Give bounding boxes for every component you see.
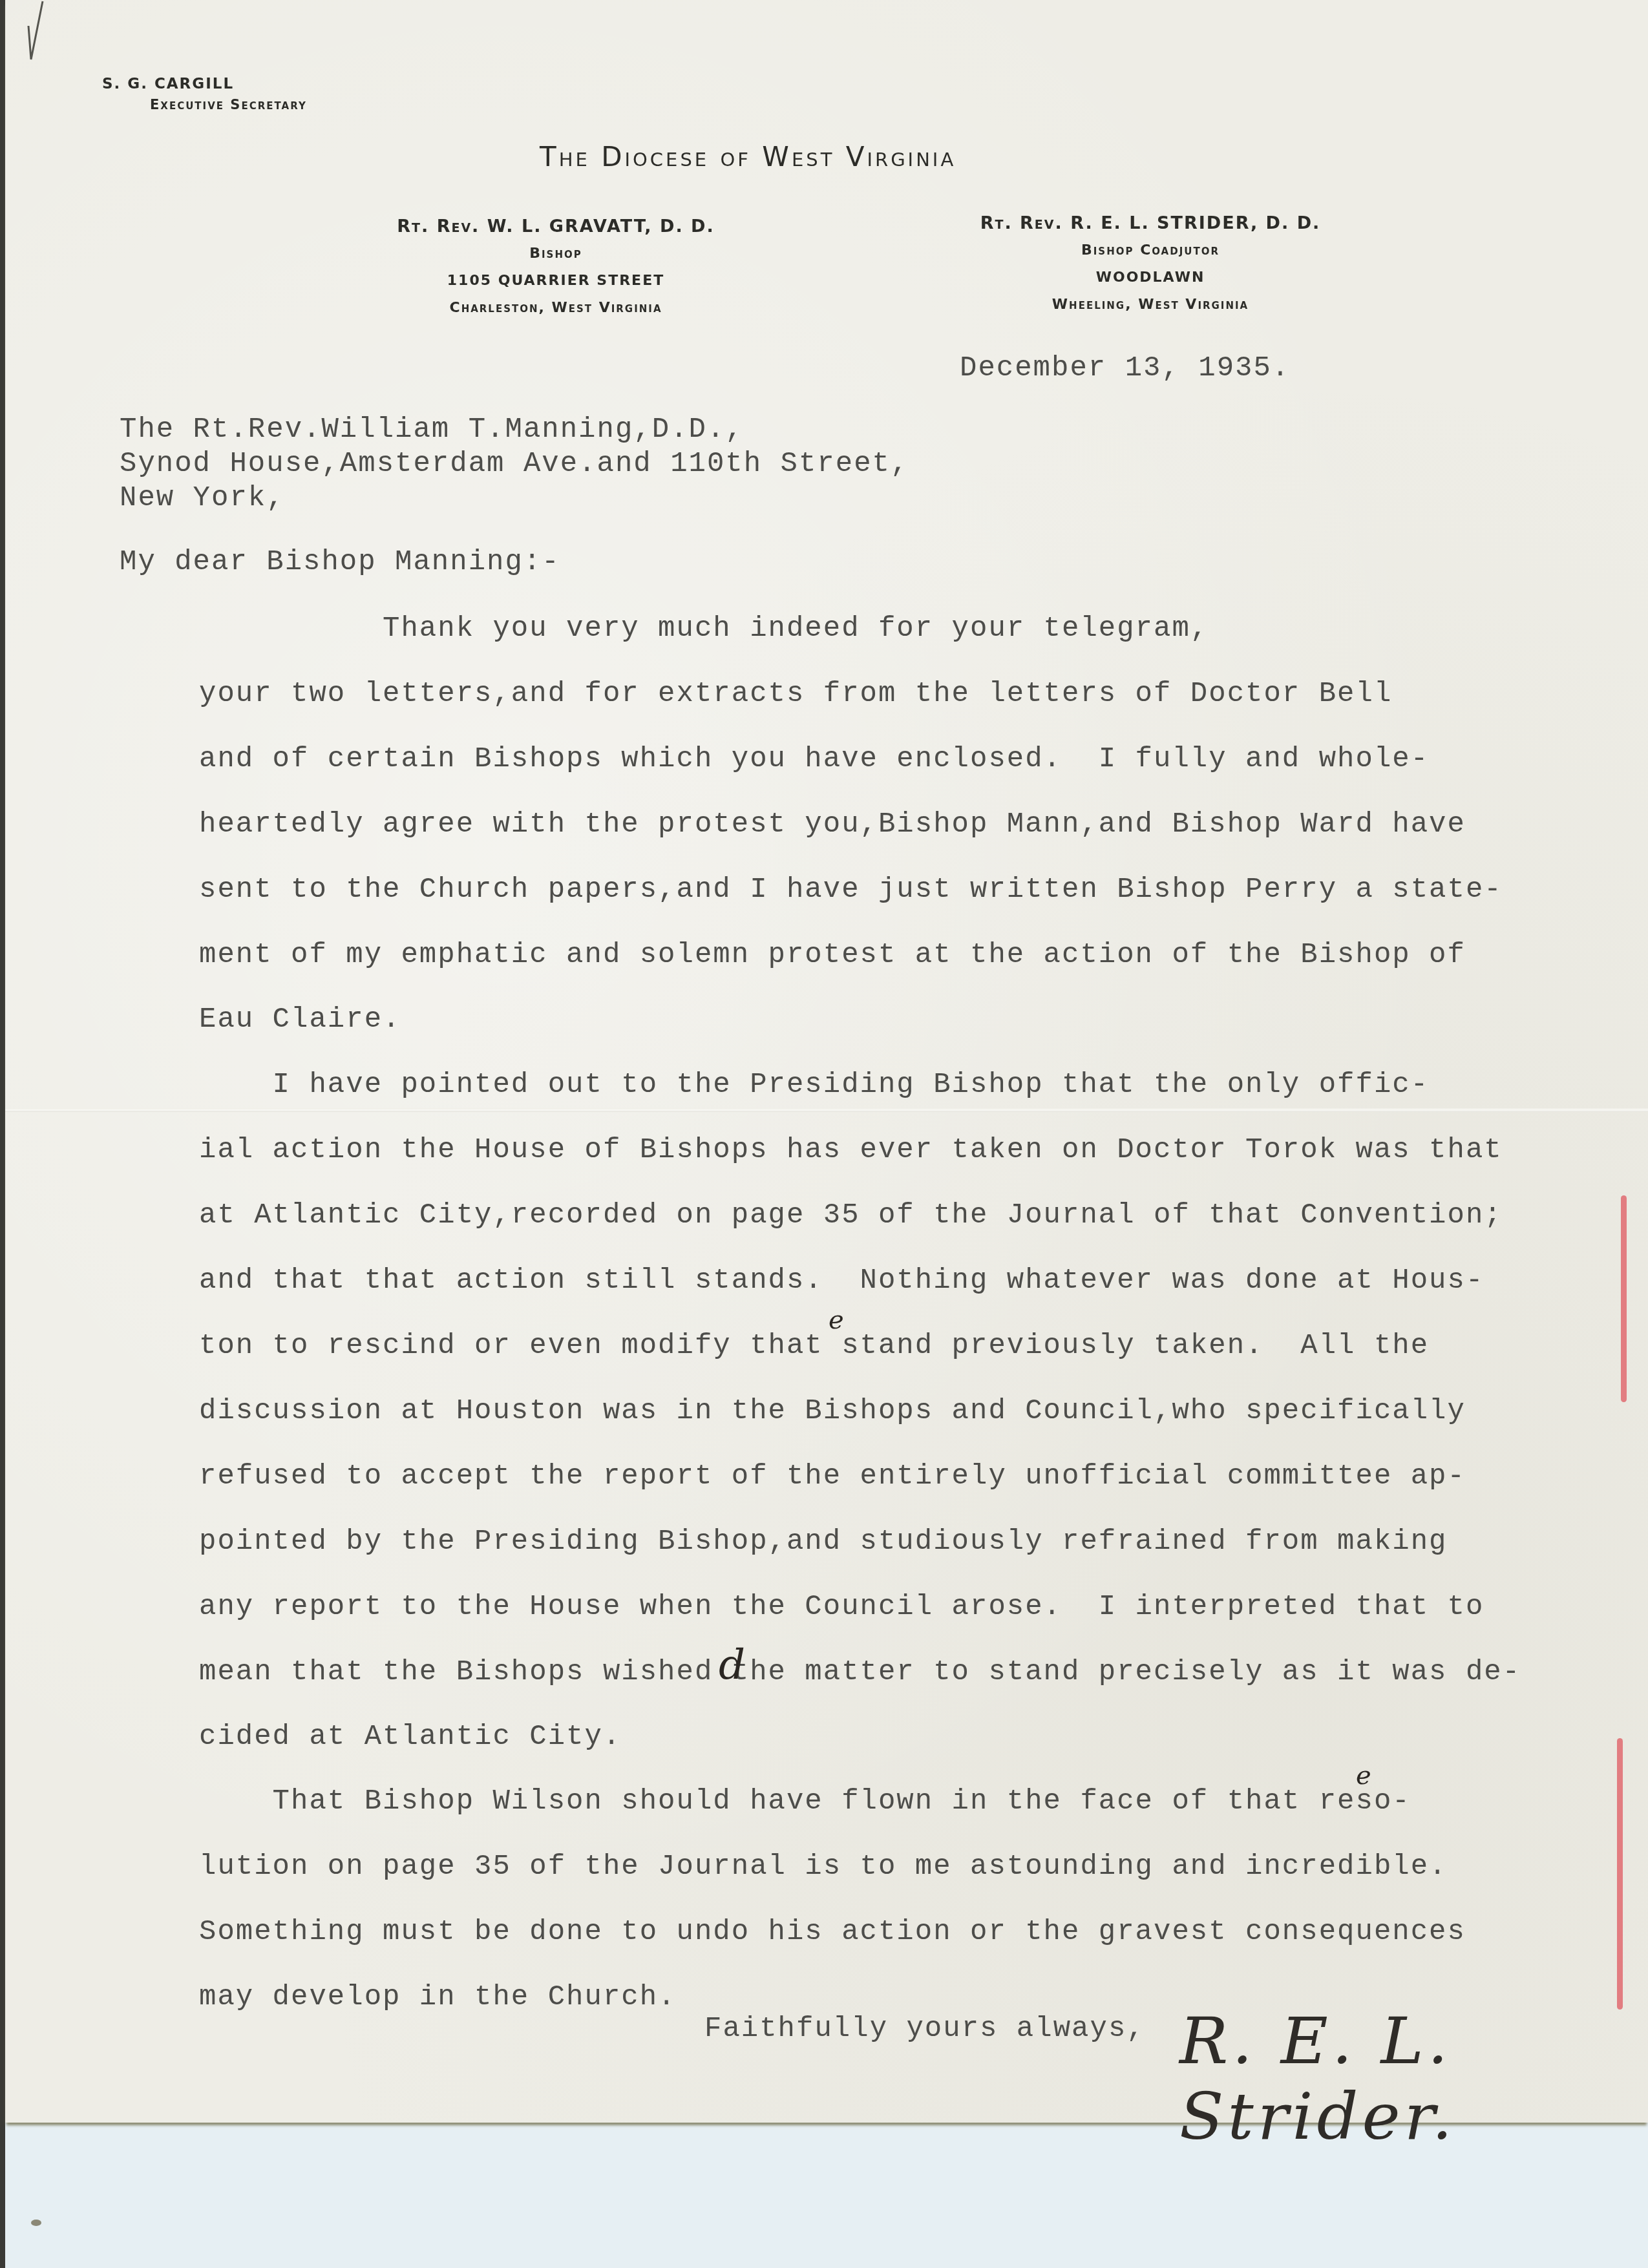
body-line: lution on page 35 of the Journal is to m… xyxy=(199,1851,1448,1883)
recipient-line: The Rt.Rev.William T.Manning,D.D., xyxy=(120,414,744,446)
scanner-debris xyxy=(31,2220,41,2226)
body-line: and of certain Bishops which you have en… xyxy=(199,743,1429,775)
coadjutor-name: Rt. Rev. R. E. L. STRIDER, D. D. xyxy=(918,210,1383,237)
body-line: Eau Claire. xyxy=(199,1003,401,1036)
body-line: pointed by the Presiding Bishop,and stud… xyxy=(199,1526,1448,1558)
organization-title: The Diocese of West Virginia xyxy=(540,141,956,173)
body-line: heartedly agree with the protest you,Bis… xyxy=(199,808,1466,841)
handwritten-signature: R. E. L. Strider. xyxy=(1179,2003,1648,2154)
closing: Faithfully yours always, xyxy=(704,2013,1145,2045)
coadjutor-title: Bishop Coadjutor xyxy=(918,237,1383,264)
body-line: cided at Atlantic City. xyxy=(199,1721,621,1753)
bishop-title: Bishop xyxy=(336,240,776,268)
bishop-column: Rt. Rev. W. L. GRAVATT, D. D. Bishop 110… xyxy=(336,213,776,322)
bishop-address-line1: 1105 QUARRIER STREET xyxy=(336,268,776,295)
handwritten-correction: e xyxy=(829,1305,844,1335)
body-line: may develop in the Church. xyxy=(199,1981,677,2013)
scan-left-edge xyxy=(0,0,5,2268)
coadjutor-column: Rt. Rev. R. E. L. STRIDER, D. D. Bishop … xyxy=(918,210,1383,319)
recipient-line: New York, xyxy=(120,482,285,514)
handwritten-correction: e xyxy=(1356,1761,1371,1790)
body-line: mean that the Bishops wished the matter … xyxy=(199,1656,1521,1688)
secretary-name: S. G. CARGILL xyxy=(102,76,234,92)
recipient-line: Synod House,Amsterdam Ave.and 110th Stre… xyxy=(120,448,909,480)
body-line: ton to rescind or even modify that stand… xyxy=(199,1330,1429,1362)
body-line: ial action the House of Bishops has ever… xyxy=(199,1134,1503,1166)
bishop-name: Rt. Rev. W. L. GRAVATT, D. D. xyxy=(336,213,776,240)
salutation: My dear Bishop Manning:- xyxy=(120,546,560,578)
coadjutor-address-line2: Wheeling, West Virginia xyxy=(918,291,1383,319)
secretary-title: Executive Secretary xyxy=(150,97,307,112)
bishop-address-line2: Charleston, West Virginia xyxy=(336,295,776,322)
body-line: any report to the House when the Council… xyxy=(199,1591,1484,1623)
body-line: ment of my emphatic and solemn protest a… xyxy=(199,939,1466,971)
body-line: I have pointed out to the Presiding Bish… xyxy=(199,1069,1429,1101)
body-line: and that that action still stands. Nothi… xyxy=(199,1265,1484,1297)
body-line: your two letters,and for extracts from t… xyxy=(199,678,1392,710)
red-pencil-margin-mark xyxy=(1617,1738,1623,2010)
pencil-check-mark-icon xyxy=(26,0,45,61)
coadjutor-address-line1: WOODLAWN xyxy=(918,264,1383,291)
body-line: That Bishop Wilson should have flown in … xyxy=(199,1785,1411,1818)
body-line: at Atlantic City,recorded on page 35 of … xyxy=(199,1199,1503,1232)
red-pencil-margin-mark xyxy=(1621,1195,1627,1402)
paper-fold-crease xyxy=(5,1108,1648,1112)
body-line: refused to accept the report of the enti… xyxy=(199,1460,1466,1493)
handwritten-correction: d xyxy=(719,1641,745,1689)
letter-date: December 13, 1935. xyxy=(960,352,1290,384)
body-line: Something must be done to undo his actio… xyxy=(199,1916,1466,1948)
body-line: Thank you very much indeed for your tele… xyxy=(199,613,1209,645)
body-line: discussion at Houston was in the Bishops… xyxy=(199,1395,1466,1427)
body-line: sent to the Church papers,and I have jus… xyxy=(199,874,1503,906)
